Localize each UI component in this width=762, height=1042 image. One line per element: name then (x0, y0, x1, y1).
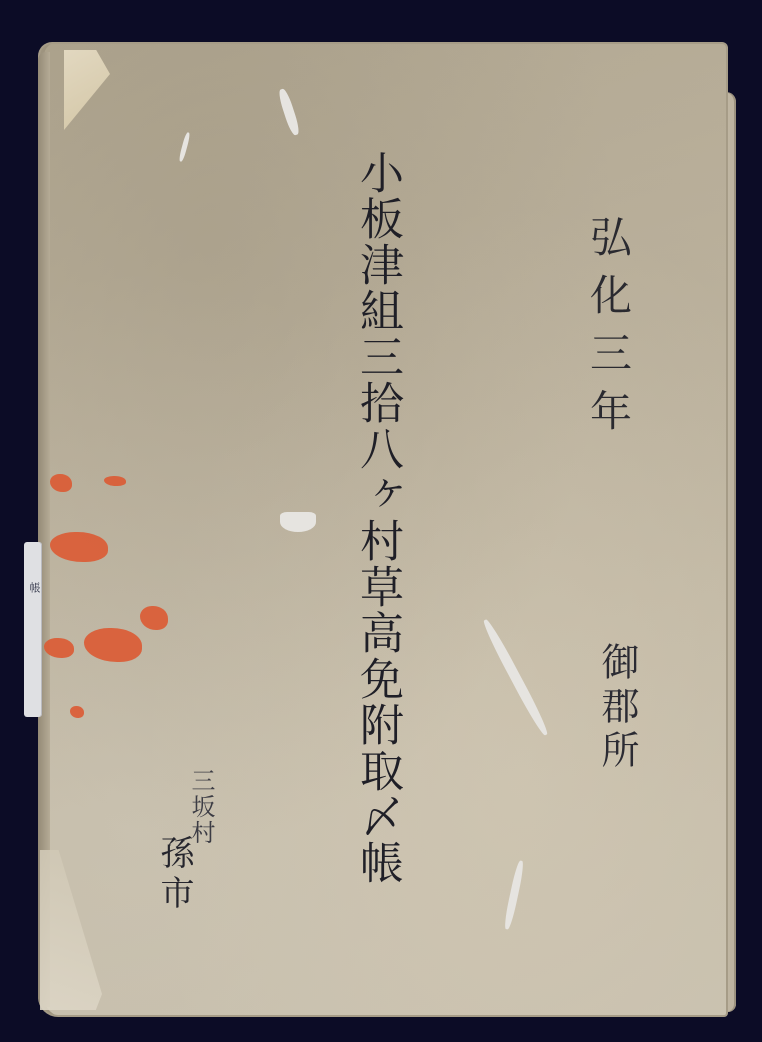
era-date: 弘化三年 (578, 215, 638, 447)
side-label-tab: 帳 (24, 542, 42, 717)
red-stain (50, 474, 72, 492)
worm-tear (280, 512, 316, 532)
red-stain (140, 606, 168, 630)
document-title: 小板津組三拾八ヶ村草高免附取〆帳 (355, 150, 399, 886)
red-stain (104, 476, 126, 486)
side-label-text: 帳 (26, 582, 42, 597)
red-stain (70, 706, 84, 718)
person-name: 孫市 (150, 835, 199, 915)
office-name: 御郡所 (590, 642, 645, 774)
